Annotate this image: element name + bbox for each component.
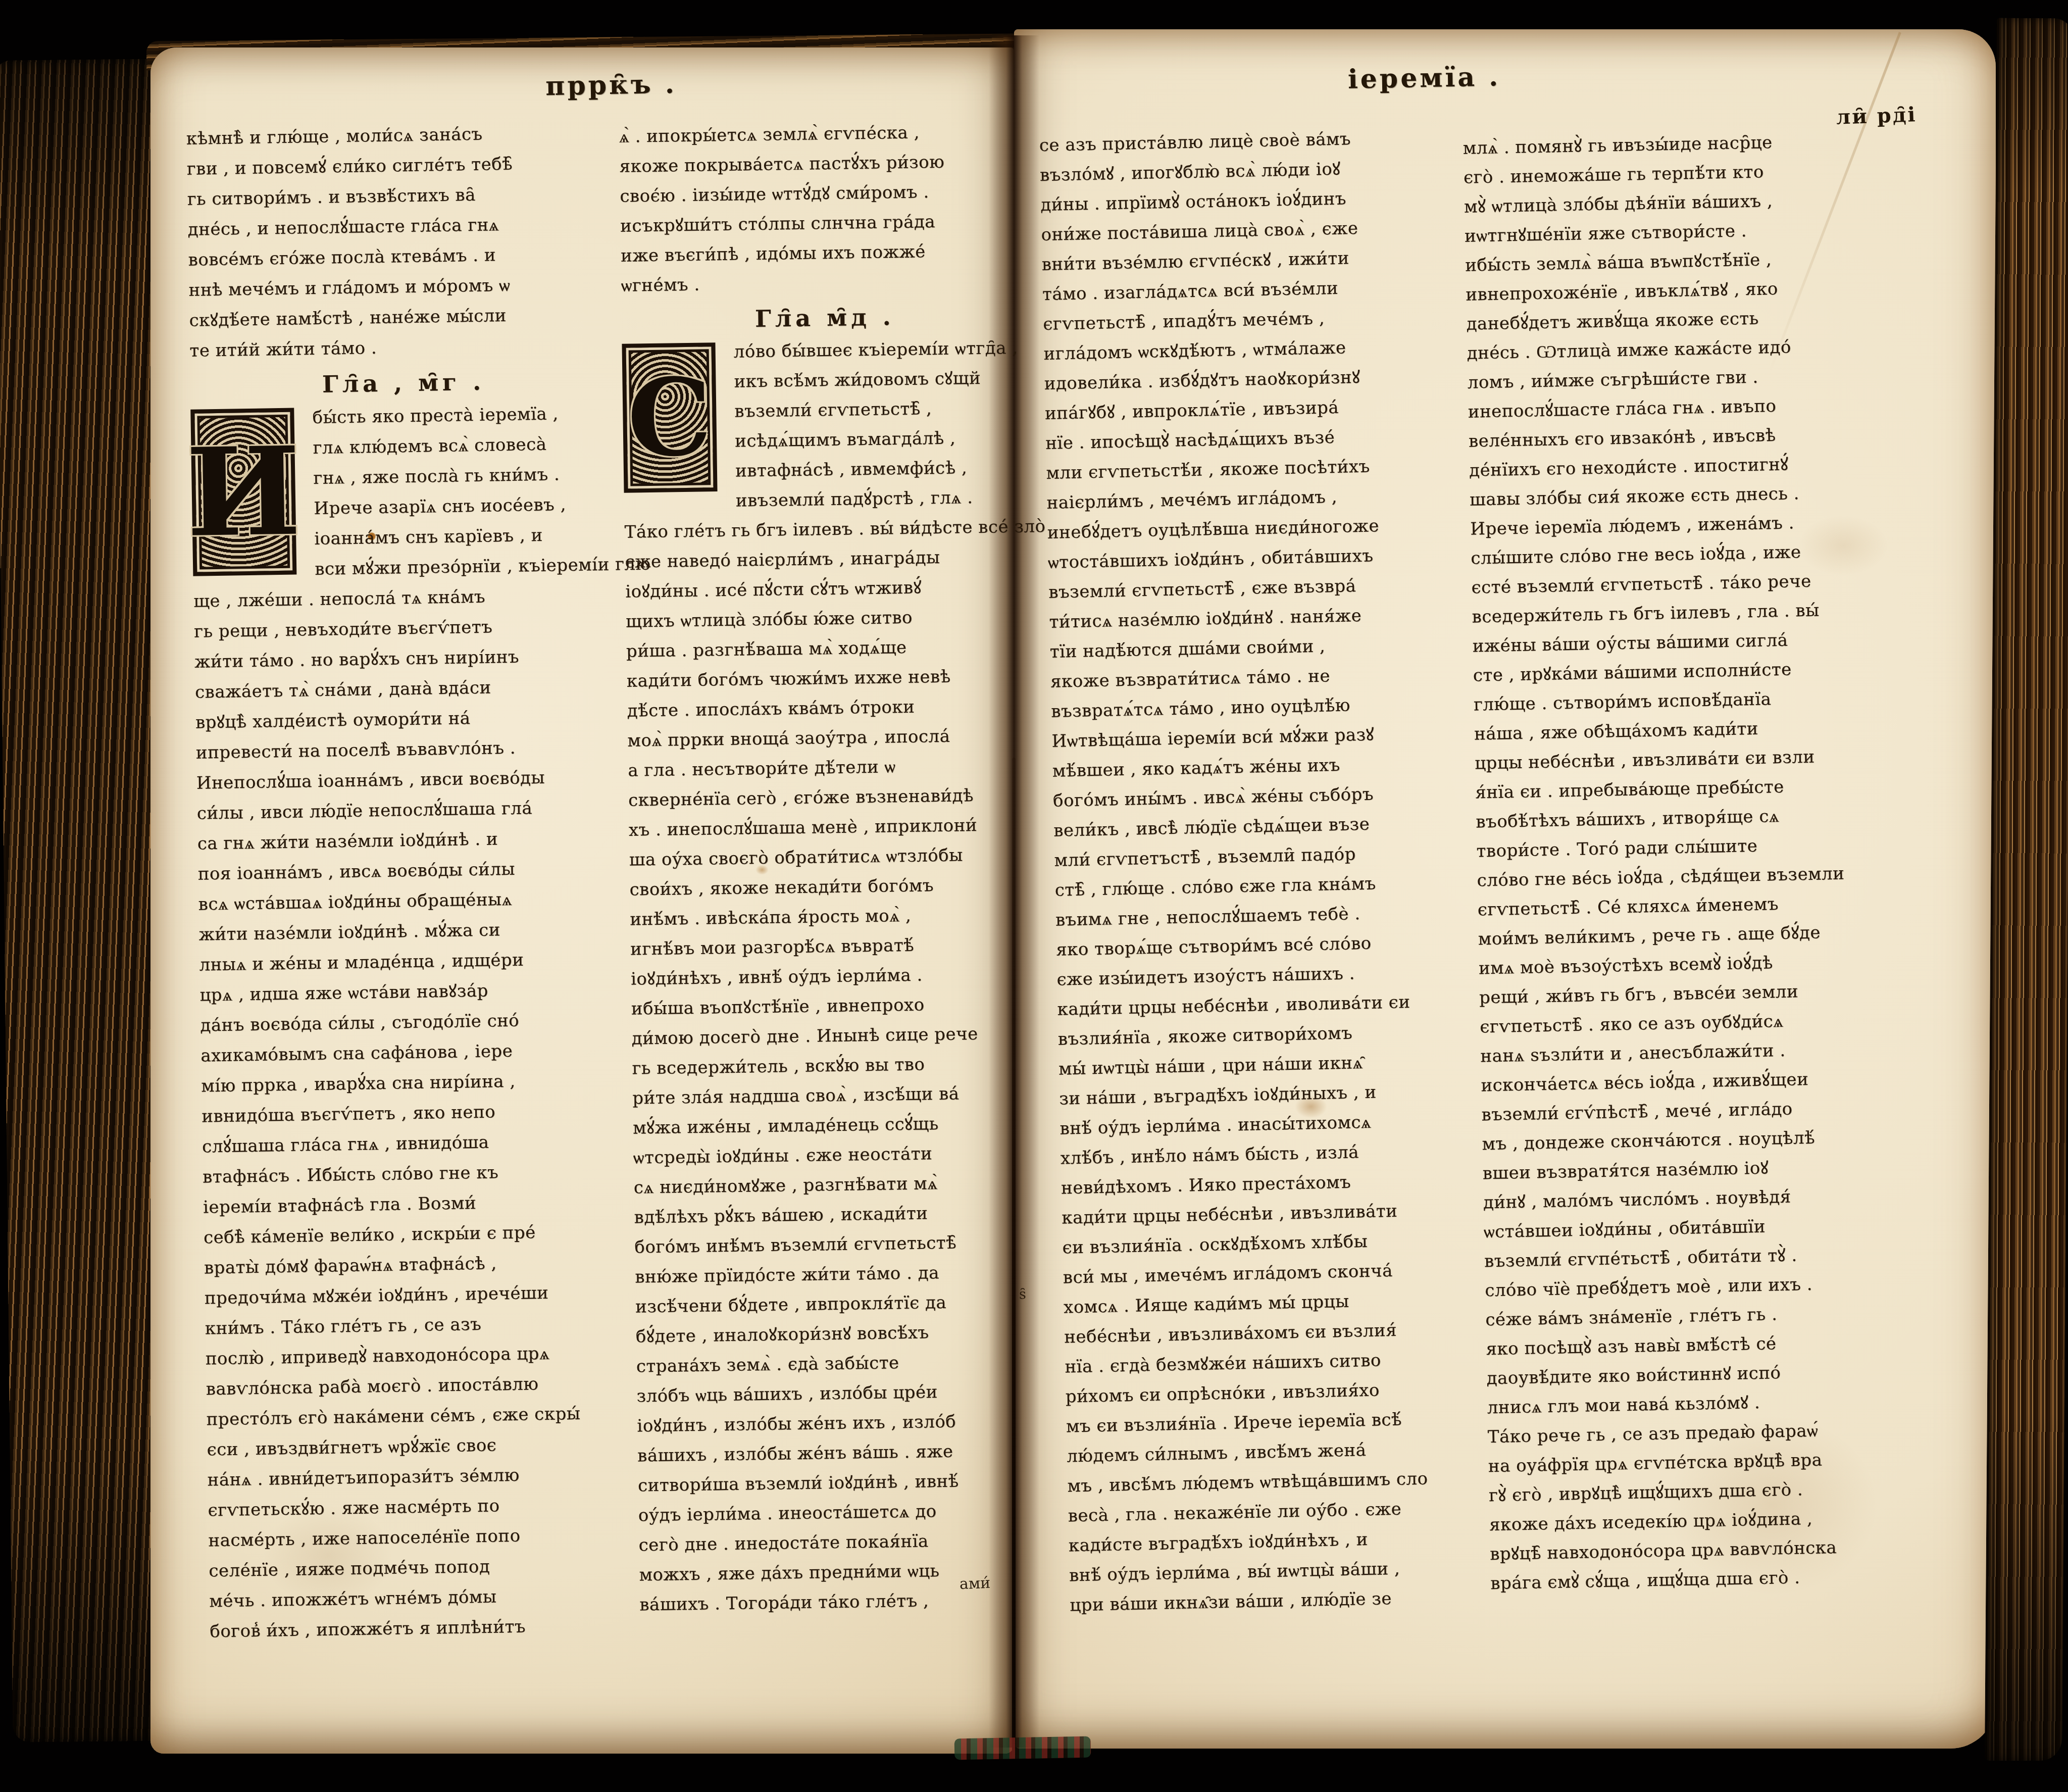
chapter-heading: Гл̑а м̑д .	[621, 295, 1028, 338]
text-line: ди́мою досего̀ дне . Инынѣ сице рече	[631, 1018, 1038, 1054]
text-line: Та́ко гле́тъ гь бгъ іилевъ . вы́ ви́дѣст…	[624, 512, 1031, 547]
photograph-of-open-antique-book: пррк̑ъ . іеремїа . ли̑ рд̑і кѣмнѣ̀ и глю…	[0, 0, 2068, 1792]
text-column-1: кѣмнѣ̀ и глю́ще , моли́сѧ зана́съгви , и…	[186, 117, 636, 1647]
ornate-initial-letter: И	[190, 408, 296, 576]
margin-verse-mark: ѕ̑	[1019, 1287, 1026, 1303]
chapter-heading: Гл̑а , м̑г .	[190, 359, 617, 404]
running-title-left: пррк̑ъ .	[475, 67, 748, 103]
endband-threads	[954, 1736, 1091, 1760]
text-line: хъ . инепослꙋ́шаша менѐ , иприклони́	[629, 810, 1036, 845]
text-column-4: млѧ̀ . помянꙋ̀ гь ивъзы́иде наср̑цеєго̀ …	[1462, 125, 1938, 1598]
book-fore-edge-right	[1985, 18, 2068, 1761]
ornate-initial-letter: С	[622, 342, 717, 493]
catchword: ами́	[959, 1574, 990, 1593]
running-title-right: іеремїа .	[1293, 60, 1556, 95]
text-column-2: ѧ̀ . ипокры́етсѧ землѧ̀ єгѵпе́ска ,якоже…	[619, 117, 1046, 1620]
text-column-3: се азъ приста́влю лицѐ своѐ ва́мъвъзло́м…	[1039, 122, 1492, 1621]
